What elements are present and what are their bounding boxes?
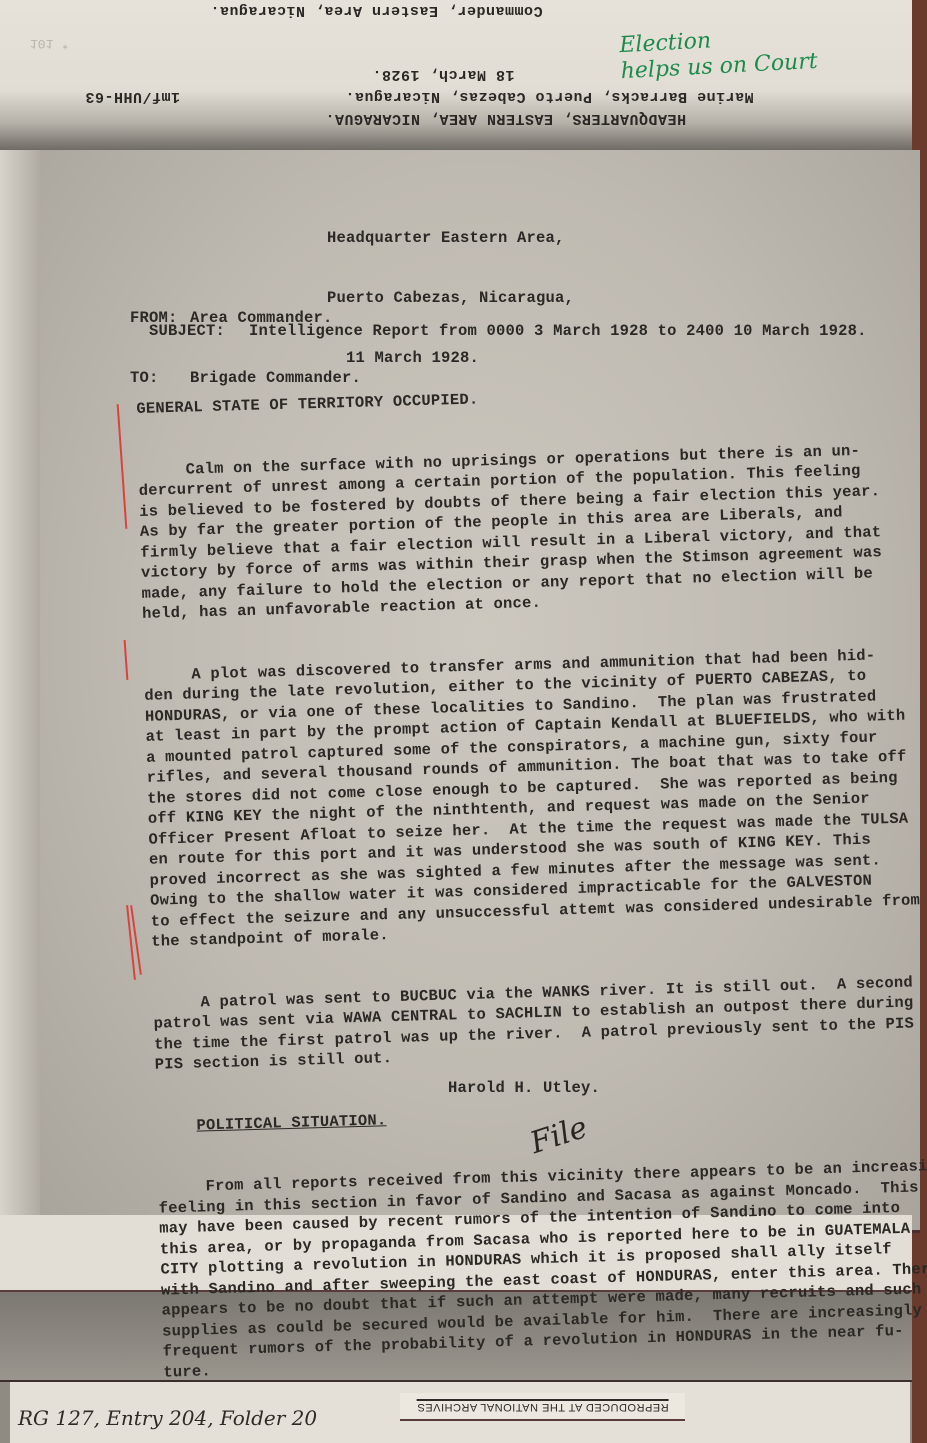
memo-subject: SUBJECT:Intelligence Report from 0000 3 … — [130, 300, 867, 341]
mirrored-headquarters-line: HEADQUARTERS, EASTERN AREA, NICARAGUA. — [325, 110, 686, 127]
mirrored-file-code: 1mf/UHH-63 — [85, 88, 180, 105]
mirrored-header-line: Commander, Eastern Area, Nicaragua. — [210, 2, 543, 19]
section-heading-territory: GENERAL STATE OF TERRITORY OCCUPIED. — [136, 377, 925, 420]
section-political-paragraph: From all reports received from this vici… — [158, 1156, 927, 1383]
stamp-text: REPRODUCED AT THE NATIONAL ARCHIVES — [417, 1399, 669, 1413]
mirrored-date-line: 18 March, 1928. — [372, 66, 515, 83]
faint-bleed-text: 101 * — [30, 36, 69, 51]
section-heading-political: POLITICAL SITUATION. — [196, 1111, 386, 1134]
section-territory-paragraph-3: A patrol was sent to BUCBUC via the WANK… — [153, 971, 927, 1075]
archive-reference-note: RG 127, Entry 204, Folder 20 — [18, 1406, 317, 1430]
section-territory-paragraph-1: Calm on the surface with no uprisings or… — [138, 438, 927, 624]
national-archives-stamp: REPRODUCED AT THE NATIONAL ARCHIVES — [400, 1393, 685, 1421]
section-territory-paragraph-2: A plot was discovered to transfer arms a… — [144, 643, 927, 952]
signature: Harold H. Utley. — [448, 1078, 600, 1099]
stacked-sheet-edge — [0, 150, 40, 1220]
letterhead-line-1: Headquarter Eastern Area, — [327, 228, 574, 248]
green-handwritten-note: Election helps us on Court — [619, 23, 819, 85]
subject-label: SUBJECT: — [149, 321, 249, 342]
report-body: GENERAL STATE OF TERRITORY OCCUPIED. Cal… — [135, 336, 927, 1403]
mirrored-address-line: Marine Barracks, Puerto Cabezas, Nicarag… — [345, 88, 754, 105]
subject-value: Intelligence Report from 0000 3 March 19… — [249, 322, 867, 340]
carbon-copy-sheet: Commander, Eastern Area, Nicaragua. 101 … — [0, 0, 912, 150]
